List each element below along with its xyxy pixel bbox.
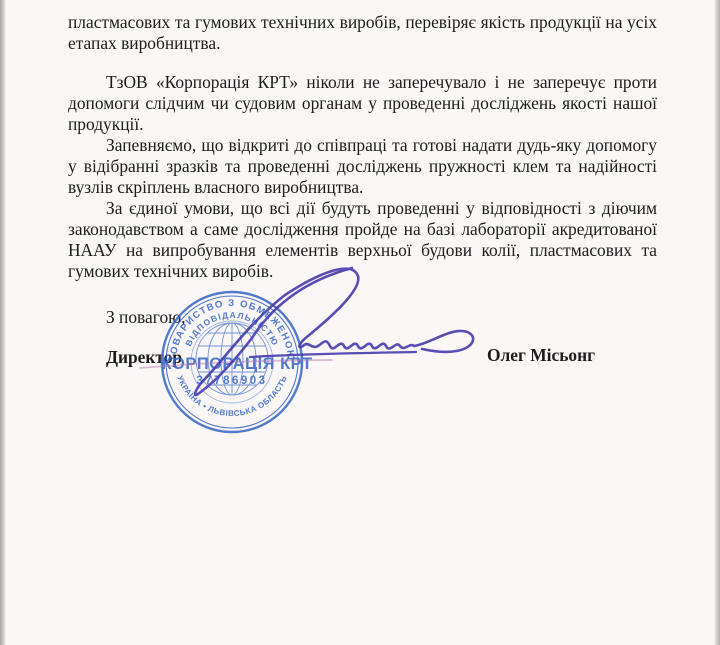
stamp-ring-text-outer: ТОВАРИСТВО З ОБМЕЖЕНОЮ [168, 298, 296, 362]
stamp-ring-text-bottom: УКРАЇНА • ЛЬВІВСЬКА ОБЛАСТЬ [175, 374, 288, 418]
signature-underline [250, 352, 416, 357]
svg-text:УКРАЇНА • ЛЬВІВСЬКА ОБЛАСТЬ: УКРАЇНА • ЛЬВІВСЬКА ОБЛАСТЬ [175, 374, 288, 418]
signer-name: Олег Місьонг [487, 345, 595, 366]
svg-text:ТОВАРИСТВО З ОБМЕЖЕНОЮ: ТОВАРИСТВО З ОБМЕЖЕНОЮ [168, 298, 296, 362]
signer-title: Директор [106, 347, 182, 368]
stamp-company-name: КОРПОРАЦІЯ КРТ [161, 355, 312, 373]
stamp-edrpou-number: 37786903 [196, 375, 267, 387]
paragraph-production-quality: пластмасових та гумових технічних виробі… [68, 12, 657, 54]
handwritten-signature [140, 268, 473, 395]
closing-salutation: З повагою, [106, 307, 186, 328]
paragraph-cooperation: Запевняємо, що відкриті до співпраці та … [68, 135, 657, 198]
page-edge-right [714, 0, 720, 645]
signature-flourish [195, 268, 473, 395]
document-page: пластмасових та гумових технічних виробі… [0, 0, 720, 645]
letter-body: пластмасових та гумових технічних виробі… [68, 12, 657, 282]
svg-text:ВІДПОВІДАЛЬНІСТЮ: ВІДПОВІДАЛЬНІСТЮ [183, 310, 280, 348]
globe-icon [196, 323, 268, 395]
stamp-ring-text-inner: ВІДПОВІДАЛЬНІСТЮ [183, 310, 280, 348]
page-edge-left [0, 0, 6, 645]
paragraph-no-objection: ТзОВ «Корпорація КРТ» ніколи не заперечу… [68, 72, 657, 135]
paragraph-condition: За єдиної умови, що всі дії будуть прове… [68, 198, 657, 282]
